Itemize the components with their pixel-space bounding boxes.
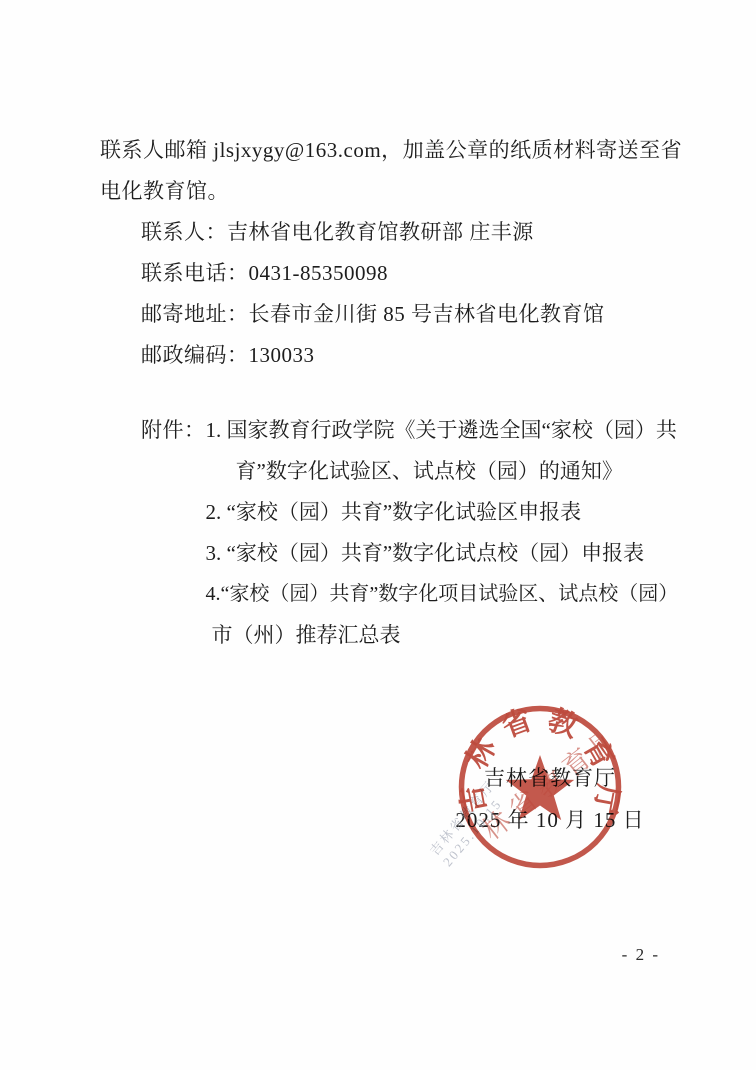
attachment-item-2: 2. “家校（园）共育”数字化试验区申报表 [206,492,681,533]
attachment-item-1-cont: 育”数字化试验区、试点校（园）的通知》 [206,451,681,492]
page-number: - 2 - [622,945,660,965]
attachment-item-4-cont: 市（州）推荐汇总表 [206,615,681,656]
mailing-address-line: 邮寄地址：长春市金川街 85 号吉林省电化教育馆 [100,294,680,335]
attachment-item-4: 4.“家校（园）共育”数字化项目试验区、试点校（园） [206,574,681,615]
document-body: 联系人邮箱 jlsjxygy@163.com，加盖公章的纸质材料寄送至省 电化教… [100,130,680,656]
postal-code-line: 邮政编码：130033 [100,335,680,376]
attachments-label: 附件： [141,410,206,656]
attachment-item-1: 1. 国家教育行政学院《关于遴选全国“家校（园）共 [206,410,681,451]
attachment-item-3: 3. “家校（园）共育”数字化试点校（园）申报表 [206,533,681,574]
paragraph-line: 联系人邮箱 jlsjxygy@163.com，加盖公章的纸质材料寄送至省 [100,130,680,171]
paragraph-line: 电化教育馆。 [100,171,680,212]
contact-person-line: 联系人：吉林省电化教育馆教研部 庄丰源 [100,212,680,253]
document-page: 联系人邮箱 jlsjxygy@163.com，加盖公章的纸质材料寄送至省 电化教… [0,0,756,1070]
attachments-block: 附件： 1. 国家教育行政学院《关于遴选全国“家校（园）共 育”数字化试验区、试… [100,410,680,656]
attachments-list: 1. 国家教育行政学院《关于遴选全国“家校（园）共 育”数字化试验区、试点校（园… [206,410,681,656]
contact-phone-line: 联系电话：0431-85350098 [100,253,680,294]
